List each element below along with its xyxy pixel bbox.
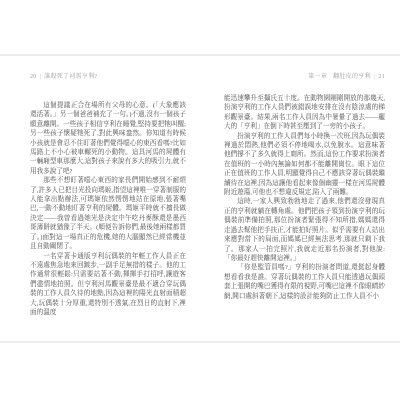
chapter-number: 第一章 — [308, 74, 327, 80]
left-running-header: 20|誰殺死了河馬亨利? — [30, 73, 186, 81]
book-title: 誰殺死了河馬亨利? — [44, 74, 97, 80]
paragraph: 一名穿著卡通版亨利玩偶裝的年輕工作人員正在不遠處焦急地來回踱步,一副手足無措的樣… — [30, 252, 186, 318]
right-running-header: 第一章翻肚皮的亨利|21 — [224, 73, 385, 81]
paragraph-continuation: 能迅速攀升至攝氏五十度。在動物園剛剛開放的那幾天,扮演亨利的工作人員們被錯誤地安… — [224, 94, 385, 132]
left-page: 20|誰殺死了河馬亨利? 這個提議正合在場所有父母的心意。(「大象應該還活著。」… — [30, 73, 186, 317]
paragraph: 那些不想盯著噁心東西的家長們開始感到不耐煩了,許多人已把目光投向瑪姬,指望這裡唯… — [30, 176, 186, 251]
book-scan-preview: 20|誰殺死了河馬亨利? 這個提議正合在場所有父母的心意。(「大象應該還活著。」… — [0, 0, 400, 400]
left-page-number: 20 — [30, 74, 37, 80]
header-separator: | — [37, 74, 45, 80]
paragraph: 扮演亨利的工作人員們每小時換一次班,因為玩偶裝裡過於悶熱,他們必須不停地喝水,以… — [224, 132, 385, 198]
scan-bottom-edge — [0, 341, 400, 343]
left-page-body: 這個提議正合在場所有父母的心意。(「大象應該還活著。」另一個爸爸補充了一句。)不… — [30, 101, 186, 317]
paragraph: 「你是監管員嗎?」亨利的扮演者問道,還挺起身體想看看我是誰。穿著玩偶裝的工作人員… — [224, 263, 385, 301]
paragraph: 這個提議正合在場所有父母的心意。(「大象應該還活著。」另一個爸爸補充了一句。)不… — [30, 101, 186, 176]
right-page-number: 21 — [378, 74, 385, 80]
right-page: 第一章翻肚皮的亨利|21 能迅速攀升至攝氏五十度。在動物園剛剛開放的那幾天,扮演… — [224, 73, 385, 301]
scan-top-edge — [0, 54, 400, 56]
chapter-title: 翻肚皮的亨利 — [333, 74, 371, 80]
paragraph: 這時,一家人興致勃勃地走了過來,他們還沒發現真正的亨利就躺在轉角處。他們把孩子領… — [224, 197, 385, 263]
right-page-body: 能迅速攀升至攝氏五十度。在動物園剛剛開放的那幾天,扮演亨利的工作人員們被錯誤地安… — [224, 94, 385, 301]
